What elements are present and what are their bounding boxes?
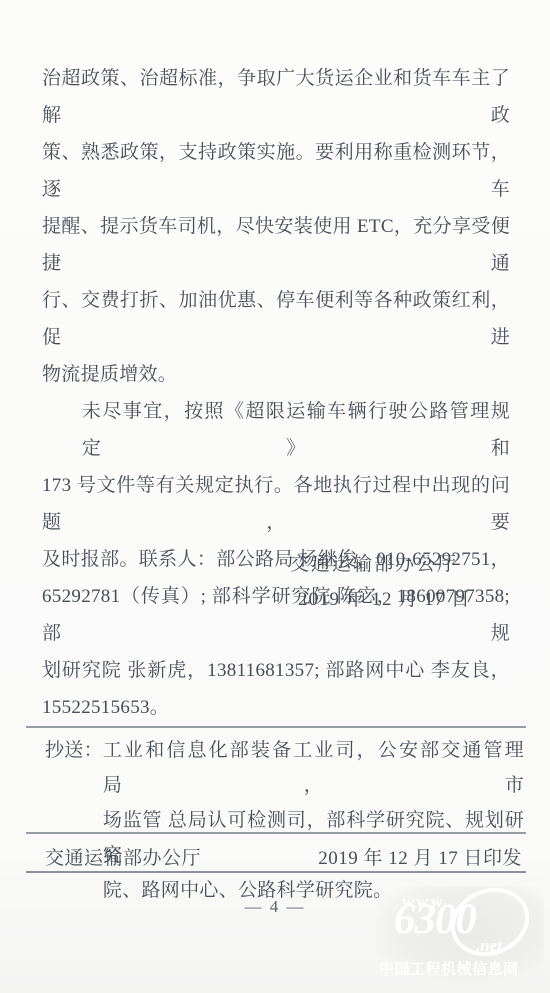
body-line: 提醒、提示货车司机，尽快安装使用 ETC，充分享受便捷通 <box>42 208 510 282</box>
body-line: 划研究院 张新虎，13811681357; 部路网中心 李友良， <box>42 652 510 689</box>
watermark-site-name: 中国工程机械信息网 <box>379 958 519 979</box>
site-watermark-logo: www. 6300 .net 中国工程机械信息网 <box>376 886 544 982</box>
signature-org: 交通运输部办公厅 <box>290 549 458 576</box>
body-line: 未尽事宜，按照《超限运输车辆行驶公路管理规定》和 <box>42 393 510 467</box>
watermark-number: 6300 <box>394 898 476 941</box>
cc-lines: 工业和信息化部装备工业司，公安部交通管理局，市 场监管 总局认可检测司，部科学研… <box>103 733 524 908</box>
document-page: 治超政策、治超标准，争取广大货运企业和货车车主了解政 策、熟悉政策，支持政策实施… <box>0 0 550 993</box>
cc-top-rule <box>26 726 526 728</box>
body-text: 治超政策、治超标准，争取广大货运企业和货车车主了解政 策、熟悉政策，支持政策实施… <box>42 60 510 726</box>
body-line: 行、交费打折、加油优惠、停车便利等各种政策红利，促进 <box>42 282 510 356</box>
signature-date: 2019 年 12 月 17 日 <box>298 584 471 611</box>
cc-line: 工业和信息化部装备工业司，公安部交通管理局，市 <box>103 733 524 803</box>
body-line: 173 号文件等有关规定执行。各地执行过程中出现的问题，要 <box>42 467 510 541</box>
body-line: 治超政策、治超标准，争取广大货运企业和货车车主了解政 <box>42 60 510 134</box>
imprint-issuer: 交通运输部办公厅 <box>45 843 201 870</box>
watermark-tld-text: .net <box>476 936 502 956</box>
body-line: 策、熟悉政策，支持政策实施。要利用称重检测环节，逐车 <box>42 134 510 208</box>
imprint-row: 交通运输部办公厅 2019 年 12 月 17 日印发 <box>45 841 522 871</box>
cc-block: 抄送： 工业和信息化部装备工业司，公安部交通管理局，市 场监管 总局认可检测司，… <box>45 733 524 908</box>
body-line: 15522515653。 <box>42 689 510 726</box>
footer-bottom-rule <box>26 871 526 873</box>
body-line: 物流提质增效。 <box>42 356 510 393</box>
cc-label: 抄送： <box>45 733 103 768</box>
imprint-print-date: 2019 年 12 月 17 日印发 <box>318 843 522 870</box>
footer-top-rule <box>26 832 526 834</box>
